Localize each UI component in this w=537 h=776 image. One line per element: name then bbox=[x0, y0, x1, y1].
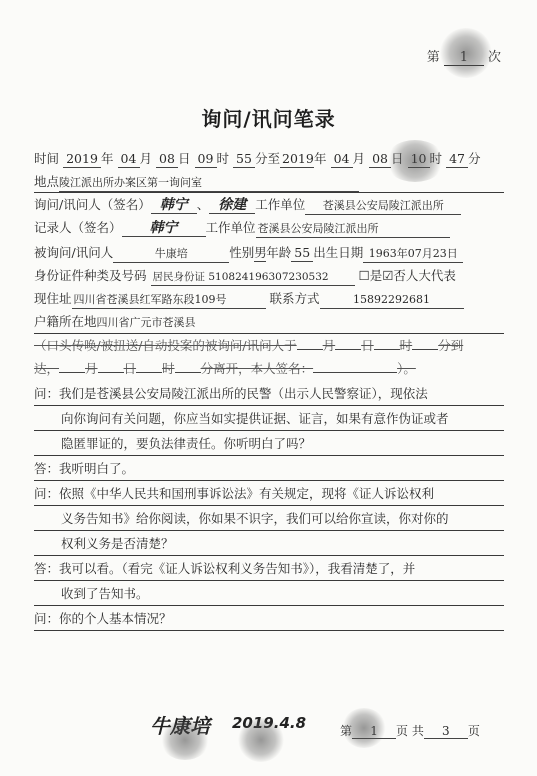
id-row: 身份证件种类及号码 居民身份证 510824196307230532 ☐是☑否人… bbox=[34, 268, 504, 286]
id-number: 510824196307230532 bbox=[208, 271, 328, 283]
address-value: 四川省苍溪县红军路东段109号 bbox=[72, 292, 266, 309]
divider bbox=[34, 580, 504, 581]
divider bbox=[34, 480, 504, 481]
interviewer-signature-2: 徐建 bbox=[209, 197, 255, 214]
recorder-signature: 韩宁 bbox=[122, 220, 206, 237]
qa-text: 隐匿罪证的，要负法律责任。你听明白了吗？ bbox=[61, 436, 311, 451]
divider bbox=[34, 505, 504, 506]
age-label: 年龄 bbox=[266, 245, 291, 260]
question-prefix: 问： bbox=[34, 486, 59, 501]
qa-text: 收到了告知书。 bbox=[61, 586, 149, 601]
qa-text: 向你询问有关问题，你应当如实提供证据、证言，如果有意作伪证或者 bbox=[61, 411, 449, 426]
unit: 分至 bbox=[255, 151, 280, 166]
unit-label: 工作单位 bbox=[206, 220, 256, 235]
id-type: 居民身份证 bbox=[153, 271, 206, 283]
id-label: 身份证件种类及号码 bbox=[34, 268, 147, 283]
page-suffix: 页 bbox=[468, 724, 480, 738]
struck-line-1: （口头传唤/被扭送/自动投案的被询问/讯问人于月日时分到 bbox=[34, 338, 504, 354]
qa-line: 问：我们是苍溪县公安局陵江派出所的民警（出示人民警察证），现依法 bbox=[34, 386, 504, 402]
qa-line: 隐匿罪证的，要负法律责任。你听明白了吗？ bbox=[34, 436, 504, 452]
npc-no-checkbox: ☑否人大代表 bbox=[382, 268, 456, 283]
page-title: 询问/讯问笔录 bbox=[0, 103, 537, 132]
end-month: 04 bbox=[331, 151, 353, 168]
unit: 年 bbox=[314, 151, 327, 166]
recorder-unit: 苍溪县公安局陵江派出所 bbox=[256, 221, 450, 238]
qa-line: 问：依照《中华人民共和国刑事诉讼法》有关规定，现将《证人诉讼权利 bbox=[34, 486, 504, 502]
qa-text: 我们是苍溪县公安局陵江派出所的民警（出示人民警察证），现依法 bbox=[59, 386, 428, 401]
location-label: 地点 bbox=[34, 174, 59, 189]
divider bbox=[34, 555, 504, 556]
start-day: 08 bbox=[156, 151, 178, 168]
subject-name: 牛康培 bbox=[113, 246, 229, 263]
struck-text: 达， bbox=[34, 361, 59, 376]
fingerprint-stamp bbox=[440, 28, 492, 78]
divider bbox=[34, 333, 504, 334]
interviewer-row: 询问/讯问人（签名）韩宁、徐建工作单位苍溪县公安局陵江派出所 bbox=[34, 197, 504, 215]
page-total: 3 bbox=[424, 724, 468, 739]
struck-text: 时 bbox=[400, 338, 413, 353]
struck-text: 日 bbox=[124, 361, 137, 376]
qa-line: 向你询问有关问题，你应当如实提供证据、证言，如果有意作伪证或者 bbox=[34, 411, 504, 427]
birth-label: 出生日期 bbox=[313, 245, 363, 260]
household-value: 四川省广元市苍溪县 bbox=[97, 316, 196, 329]
gender-value: 男 bbox=[254, 245, 266, 262]
end-year: 2019 bbox=[280, 151, 314, 168]
struck-text: 分离开，本人签名： bbox=[201, 361, 314, 376]
location-row: 地点陵江派出所办案区第一询问室 bbox=[34, 174, 504, 192]
household-row: 户籍所在地四川省广元市苍溪县 bbox=[34, 314, 504, 331]
question-prefix: 问： bbox=[34, 611, 59, 626]
recorder-row: 记录人（签名）韩宁工作单位苍溪县公安局陵江派出所 bbox=[34, 220, 504, 238]
location-value: 陵江派出所办案区第一询问室 bbox=[59, 175, 359, 192]
fingerprint-stamp bbox=[342, 708, 386, 748]
contact-value: 15892292681 bbox=[320, 292, 464, 309]
recorder-label: 记录人（签名） bbox=[34, 220, 122, 235]
address-label: 现住址 bbox=[34, 291, 72, 306]
divider bbox=[34, 530, 504, 531]
divider bbox=[34, 430, 504, 431]
divider bbox=[34, 605, 504, 606]
interviewer-unit: 苍溪县公安局陵江派出所 bbox=[305, 198, 461, 215]
start-hour: 09 bbox=[195, 151, 217, 168]
fingerprint-stamp bbox=[238, 718, 284, 762]
qa-line: 收到了告知书。 bbox=[34, 586, 504, 602]
struck-line-2: 达，月日时分离开，本人签名：）。 bbox=[34, 361, 504, 377]
qa-text: 你的个人基本情况？ bbox=[59, 611, 172, 626]
struck-text: 日 bbox=[361, 338, 374, 353]
page-mid: 页 共 bbox=[396, 724, 424, 738]
address-row: 现住址四川省苍溪县红军路东段109号 联系方式15892292681 bbox=[34, 291, 504, 309]
qa-line: 义务告知书》给你阅读，你如果不识字，我们可以给你宣读，你对你的 bbox=[34, 511, 504, 527]
fingerprint-stamp bbox=[160, 720, 210, 760]
qa-text: 我听明白了。 bbox=[59, 461, 134, 476]
qa-line: 答：我听明白了。 bbox=[34, 461, 504, 477]
struck-text: 月 bbox=[85, 361, 98, 376]
unit-label: 工作单位 bbox=[255, 197, 305, 212]
contact-label: 联系方式 bbox=[270, 291, 320, 306]
unit: 月 bbox=[353, 151, 366, 166]
qa-line: 问：你的个人基本情况？ bbox=[34, 611, 504, 627]
end-minute: 47 bbox=[446, 151, 468, 168]
divider bbox=[34, 192, 504, 193]
unit: 日 bbox=[178, 151, 191, 166]
answer-prefix: 答： bbox=[34, 561, 59, 576]
npc-yes-checkbox: ☐是 bbox=[358, 268, 382, 283]
gender-label: 性别 bbox=[229, 245, 254, 260]
struck-text: 分到 bbox=[438, 338, 463, 353]
unit: 年 bbox=[101, 151, 114, 166]
household-label: 户籍所在地 bbox=[34, 314, 97, 329]
subject-label: 被询问/讯问人 bbox=[34, 245, 113, 260]
question-prefix: 问： bbox=[34, 386, 59, 401]
birth-date: 1963年07月23日 bbox=[363, 246, 463, 263]
divider bbox=[34, 455, 504, 456]
age-value: 55 bbox=[291, 245, 313, 262]
start-year: 2019 bbox=[63, 151, 101, 168]
qa-text: 权利义务是否清楚？ bbox=[61, 536, 174, 551]
interviewer-signature-1: 韩宁 bbox=[151, 197, 197, 214]
struck-text: ）。 bbox=[397, 361, 416, 376]
count-prefix: 第 bbox=[427, 50, 440, 65]
unit: 月 bbox=[140, 151, 153, 166]
divider bbox=[34, 405, 504, 406]
subject-row: 被询问/讯问人牛康培性别男年龄55出生日期1963年07月23日 bbox=[34, 245, 504, 263]
unit: 时 bbox=[217, 151, 230, 166]
answer-prefix: 答： bbox=[34, 461, 59, 476]
unit: 分 bbox=[468, 151, 481, 166]
start-minute: 55 bbox=[233, 151, 255, 168]
qa-text: 依照《中华人民共和国刑事诉讼法》有关规定，现将《证人诉讼权利 bbox=[59, 486, 434, 501]
start-month: 04 bbox=[118, 151, 140, 168]
separator: 、 bbox=[197, 197, 210, 212]
struck-text: 月 bbox=[323, 338, 336, 353]
qa-text: 义务告知书》给你阅读，你如果不识字，我们可以给你宣读，你对你的 bbox=[61, 511, 449, 526]
struck-text: （口头传唤/被扭送/自动投案的被询问/讯问人于 bbox=[34, 338, 297, 353]
qa-text: 我可以看。（看完《证人诉讼权利义务告知书》），我看清楚了，并 bbox=[59, 561, 415, 576]
qa-line: 答：我可以看。（看完《证人诉讼权利义务告知书》），我看清楚了，并 bbox=[34, 561, 504, 577]
qa-line: 权利义务是否清楚？ bbox=[34, 536, 504, 552]
time-label: 时间 bbox=[34, 151, 59, 166]
interviewer-label: 询问/讯问人（签名） bbox=[34, 197, 151, 212]
divider bbox=[34, 630, 504, 631]
struck-text: 时 bbox=[162, 361, 175, 376]
